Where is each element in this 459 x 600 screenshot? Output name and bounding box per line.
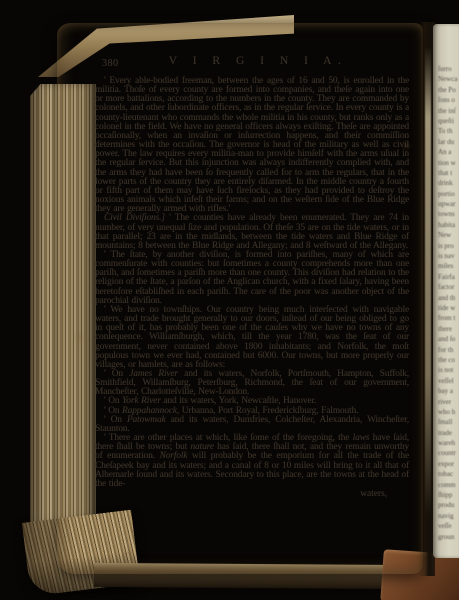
paragraph: ' Every able-bodied freeman, between the… — [95, 77, 409, 214]
facing-page-line: that t — [438, 168, 459, 178]
facing-page-line: produ — [438, 500, 459, 510]
facing-page-line: groun — [438, 532, 459, 542]
facing-page-line: and ſo — [438, 334, 459, 344]
facing-page-line: ſons o — [438, 95, 459, 105]
printed-text-area: 380 V I R G I N I A. ' Every able-bodied… — [95, 55, 409, 499]
facing-page-line: from t — [438, 313, 459, 323]
facing-page-line: ſhipp — [438, 490, 459, 500]
facing-page-line: for th — [438, 345, 459, 355]
facing-page-line: is nav — [438, 251, 459, 261]
facing-page-sliver: ſurroNewcathe Poſons othe inſqueſtiTo th… — [433, 24, 459, 558]
facing-page-line: the co — [438, 355, 459, 365]
facing-page-line: tobac — [438, 469, 459, 479]
facing-page-line: is not — [438, 365, 459, 375]
facing-page-line: countr — [438, 448, 459, 458]
facing-page-line: Newca — [438, 74, 459, 84]
book-page: 380 V I R G I N I A. ' Every able-bodied… — [57, 23, 423, 574]
paragraph: ' There are other places at which, like … — [95, 434, 409, 489]
facing-page-line: factor — [438, 282, 459, 292]
body-text: ' The ſtate, by another diviſion, is for… — [95, 250, 409, 306]
facing-page-line: towns — [438, 209, 459, 219]
paragraph: Civil Diviſions.] ' The counties have al… — [95, 214, 409, 251]
facing-page-line: tide w — [438, 303, 459, 313]
paragraph: ' On Patowmak and its waters, Dumfries, … — [95, 416, 409, 434]
facing-page-line: miles — [438, 261, 459, 271]
facing-page-line: An a — [438, 147, 459, 157]
page-number: 380 — [102, 58, 119, 69]
italic-text: Patowmak — [127, 415, 166, 425]
catchword: waters, — [95, 489, 409, 499]
facing-page-line: New — [438, 230, 459, 240]
facing-page-line: To th — [438, 126, 459, 136]
facing-page-line: is pro — [438, 241, 459, 251]
facing-page-line: ſurro — [438, 64, 459, 74]
book-photograph: 380 V I R G I N I A. ' Every able-bodied… — [0, 0, 459, 600]
facing-page-line: expor — [438, 459, 459, 469]
facing-page-line: portio — [438, 189, 459, 199]
facing-page-line: there — [438, 324, 459, 334]
facing-page-line: and th — [438, 293, 459, 303]
facing-page-line: the inſ — [438, 106, 459, 116]
facing-page-line: habita — [438, 220, 459, 230]
facing-page-line: who h — [438, 407, 459, 417]
facing-page-line: ſmall — [438, 417, 459, 427]
facing-page-line: comm — [438, 480, 459, 490]
body-text: ' We have no townſhips. Our country bein… — [95, 305, 409, 370]
facing-page-line: upwar — [438, 199, 459, 209]
body-text: ' Every able-bodied freeman, between the… — [95, 76, 409, 214]
facing-page-text: ſurroNewcathe Poſons othe inſqueſtiTo th… — [438, 64, 459, 542]
facing-page-line: tion w — [438, 158, 459, 168]
facing-page-line: drink — [438, 178, 459, 188]
paragraph: ' On James River and its waters, Norfolk… — [95, 370, 409, 397]
page-curl-highlight — [425, 46, 431, 516]
facing-page-line: navig — [438, 511, 459, 521]
facing-page-line: veſſe — [438, 521, 459, 531]
facing-page-line: the Po — [438, 85, 459, 95]
facing-page-line: bay a — [438, 386, 459, 396]
facing-page-line: river — [438, 397, 459, 407]
facing-page-line: veſſel — [438, 376, 459, 386]
paragraph: ' We have no townſhips. Our country bein… — [95, 306, 409, 370]
facing-page-line: wareh — [438, 438, 459, 448]
facing-page-line: Fairfa — [438, 272, 459, 282]
facing-page-line: lar du — [438, 137, 459, 147]
facing-page-line: queſti — [438, 116, 459, 126]
running-header: 380 V I R G I N I A. — [95, 55, 409, 72]
paragraph: ' The ſtate, by another diviſion, is for… — [95, 251, 409, 306]
facing-page-line: trade — [438, 428, 459, 438]
text-block: ' Every able-bodied freeman, between the… — [95, 77, 409, 489]
page-title: V I R G I N I A. — [95, 55, 409, 67]
